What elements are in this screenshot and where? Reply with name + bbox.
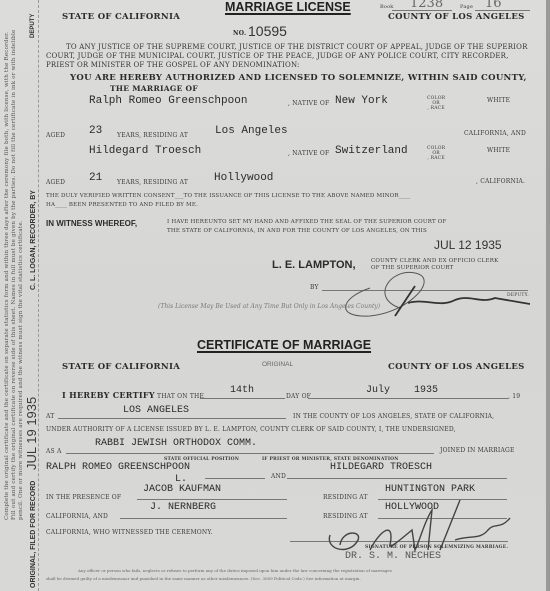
bride-name: Hildegard Troesch [89,145,201,157]
footer-line-1: Any officer or person who fails, neglect… [78,568,392,573]
license-title: MARRIAGE LICENSE [225,0,351,14]
license-no-label: NO. [233,30,246,37]
groom-race: WHITE [487,97,510,104]
bride-native-label: , NATIVE OF [288,150,329,157]
consent-line-2: HA____ BEEN PRESENTED TO AND FILED BY ME… [46,202,198,208]
joined-label: JOINED IN MARRIAGE [440,447,515,454]
year-suffix: , 19 [508,393,520,400]
bride-years-label: YEARS, RESIDING AT [117,179,188,186]
certificate-county: COUNTY OF LOS ANGELES [388,362,525,372]
bride-residence: Hollywood [214,172,273,184]
address-line-3: PRIEST OR MINISTER OF THE GOSPEL OF ANY … [46,61,300,69]
ceremony-day: 14th [230,385,254,396]
bride-native-of: Switzerland [335,145,408,157]
issue-date-stamp: JUL 12 1935 [434,238,502,252]
page-edge [546,0,550,591]
groom-name: Ralph Romeo Greenschpoon [89,95,247,107]
license-number: 10595 [248,23,287,39]
footer-line-2: shall be deemed guilty of a misdemeanor … [46,576,361,581]
officiant-name: DR. S. M. NECHES [345,551,441,562]
groom-age: 23 [89,125,102,137]
margin-deputy-label: DEPUTY [30,14,36,38]
witness-2-name: J. NERNBERG [150,502,216,513]
certificate-state: STATE OF CALIFORNIA [62,362,180,372]
ceremony-place: LOS ANGELES [123,405,189,416]
groom-aged-label: AGED [46,132,65,139]
certify-label: I HEREBY CERTIFY [62,390,155,400]
witness-heading: IN WITNESS WHEREOF, [46,219,137,228]
officiant-position: RABBI JEWISH ORTHODOX COMM. [95,438,257,449]
groom-years-label: YEARS, RESIDING AT [117,132,188,139]
at-label: AT [46,413,54,420]
bride-race: WHITE [487,147,510,154]
witness-line-2: THE STATE OF CALIFORNIA, IN AND FOR THE … [167,228,427,234]
and-label: AND [271,473,286,480]
certificate-title: CERTIFICATE OF MARRIAGE [197,338,371,352]
recorder-label: C. L. LOGAN, RECORDER, BY [30,190,37,290]
license-usage-note: (This License May Be Used at Any Time Bu… [158,303,380,310]
groom-residence: Los Angeles [215,125,288,137]
california-end-label: , CALIFORNIA. [476,178,525,185]
authority-line: UNDER AUTHORITY OF A LICENSE ISSUED BY L… [46,426,456,433]
book-number: 1238 [410,0,443,11]
witness-1-name: JACOB KAUFMAN [143,484,221,495]
authorize-line-1: YOU ARE HEREBY AUTHORIZED AND LICENSED T… [70,73,527,83]
margin-divider [38,0,40,591]
california-and-label: CALIFORNIA, AND [464,130,526,137]
by-label: BY [310,284,319,291]
filed-date: JUL 19 1935 [24,397,39,470]
authorize-line-2: THE MARRIAGE OF [110,84,198,93]
groom-color-label: COLOROR, RACE [427,96,445,111]
marriage-license-document: Complete the original certificate and th… [0,0,550,591]
filed-for-record-label: ORIGINAL, FILED FOR RECORD [30,481,37,588]
deputy-signature [330,268,530,320]
that-on-label: THAT ON THE [157,393,204,400]
groom-native-label: , NATIVE OF [288,100,329,107]
page-label: Page [460,4,473,10]
bride-aged-label: AGED [46,179,65,186]
in-county-text: IN THE COUNTY OF LOS ANGELES, STATE OF C… [293,413,494,420]
presence-label: IN THE PRESENCE OF [46,494,121,501]
license-county: COUNTY OF LOS ANGELES [388,12,525,22]
certificate-groom: RALPH ROMEO GREENSCHPOON [46,462,190,473]
california-and-witness: CALIFORNIA, AND [46,513,108,520]
groom-native-of: New York [335,95,388,107]
bride-color-label: COLOROR, RACE [427,146,445,161]
address-line-2: COURT, JUDGE OF THE MUNICIPAL COURT, JUS… [46,52,509,60]
witnessed-line: CALIFORNIA, WHO WITNESSED THE CEREMONY. [46,529,213,536]
as-a-label: AS A [46,448,61,455]
page-number: 16 [485,0,502,11]
license-state: STATE OF CALIFORNIA [62,12,180,22]
ceremony-month-year: July 1935 [366,385,438,396]
bride-age: 21 [89,172,102,184]
consent-line-1: THE DULY VERIFIED WRITTEN CONSENT___TO T… [46,193,411,199]
margin-instructions: Complete the original certificate and th… [4,20,25,520]
original-label: ORIGINAL [262,361,293,368]
address-line-1: TO ANY JUSTICE OF THE SUPREME COURT, JUS… [66,43,528,51]
certificate-bride: HILDEGARD TROESCH [330,462,432,473]
signature-caption: SIGNATURE OF PERSON SOLEMNIZING MARRIAGE… [365,545,508,550]
witness-line-1: I HAVE HEREUNTO SET MY HAND AND AFFIXED … [167,219,447,225]
